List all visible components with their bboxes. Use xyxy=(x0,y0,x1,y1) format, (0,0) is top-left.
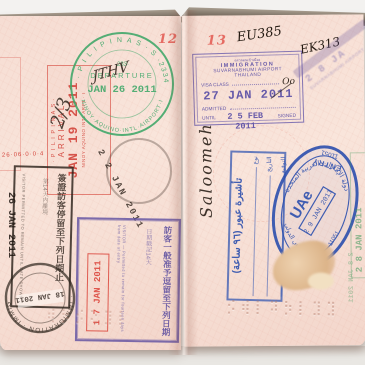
perforation-left: ⢾⡳⡪⢕⣹⡇ xyxy=(46,307,132,327)
th-admitted-line xyxy=(229,101,296,110)
uae-transit-title: تأشيرة عبور (٩٦ ساعة) xyxy=(231,156,246,296)
ph-departure-date: JAN 26 2011 xyxy=(87,84,156,96)
philippines-departure-stamp: · P I L I P I N A S · S ·23343· NINOY·AQ… xyxy=(66,28,178,140)
ph-arrival-serial: 26·06·0·0·4 xyxy=(2,151,45,158)
th-signed-label: SIGNED xyxy=(278,114,297,120)
th-until-date: 2 5 FEB 2011 xyxy=(219,111,272,133)
page-number-right: 13 xyxy=(207,33,227,48)
passport-page-left: 12 · P I L I P I N A S · ARRIVAL JAN 19 … xyxy=(0,16,181,350)
th-visa-class-line xyxy=(232,77,280,85)
green-offset-print: 2 8 JAN 2011 xyxy=(348,252,357,332)
passport-page-right: 13 EU385 EK313 ตรวจคนเข้าเมือง IMMIGRATI… xyxy=(182,14,365,347)
ph-departure-arc-bottom: NINOY·AQUINO·INTL·AIRPORT·I xyxy=(79,99,164,134)
perforation-right: ⡪⢾⡇⠽⡳⡇⣹⣹ xyxy=(226,298,340,317)
handwritten-flight-eu385: EU385 xyxy=(236,24,283,46)
svg-text:NINOY·AQUINO·INTL·AIRPORT·I: NINOY·AQUINO·INTL·AIRPORT·I xyxy=(79,99,164,134)
sticker-residue-small xyxy=(308,272,334,289)
passport-spine-notch xyxy=(172,6,190,17)
passport-photo: 12 · P I L I P I N A S · ARRIVAL JAN 19 … xyxy=(0,0,365,365)
hk-chinese-column: 訪客一般准予逗留至下列日期 xyxy=(160,226,174,338)
immigration-round-stamp: · IMMIGRATION · IMMIGRATION 18 JAN 2011 xyxy=(0,255,83,341)
hk-chinese-column2: 日期戳記14天 xyxy=(142,228,153,334)
handwritten-name-signature: Saloomeh xyxy=(196,88,216,218)
